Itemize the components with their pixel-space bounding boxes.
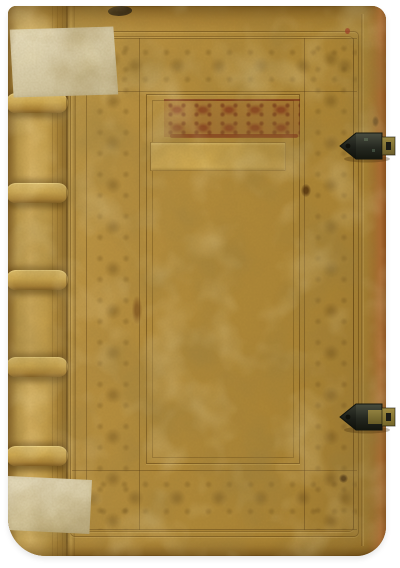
blind-title-panel (150, 142, 286, 171)
spine-raised-band (8, 357, 68, 377)
dark-knot-stain (301, 184, 311, 197)
photo-scene (0, 0, 400, 568)
painted-cartouche (164, 99, 300, 137)
board-top-edge (8, 6, 386, 30)
board-bottom-edge (8, 540, 386, 556)
red-speck (345, 28, 350, 34)
dark-spot (339, 474, 348, 483)
fore-edge-strip (366, 6, 386, 556)
spine-raised-band (8, 183, 68, 203)
dark-spot (372, 116, 379, 127)
roll-border-right (304, 38, 354, 530)
board-bevel-line (361, 14, 364, 546)
clasp-top (334, 129, 398, 163)
clasp-rivet (346, 415, 351, 420)
book-front-cover (8, 6, 386, 556)
dark-streak-stain (132, 296, 142, 324)
painted-red-rule (170, 134, 298, 138)
roll-border-left (86, 38, 140, 530)
spine-raised-band (8, 270, 68, 290)
parchment-label-tail (8, 476, 92, 534)
spine-raised-band (8, 446, 68, 466)
clasp-bottom (334, 400, 398, 434)
parchment-label-head (10, 26, 119, 97)
clasp-rivet (346, 144, 351, 149)
